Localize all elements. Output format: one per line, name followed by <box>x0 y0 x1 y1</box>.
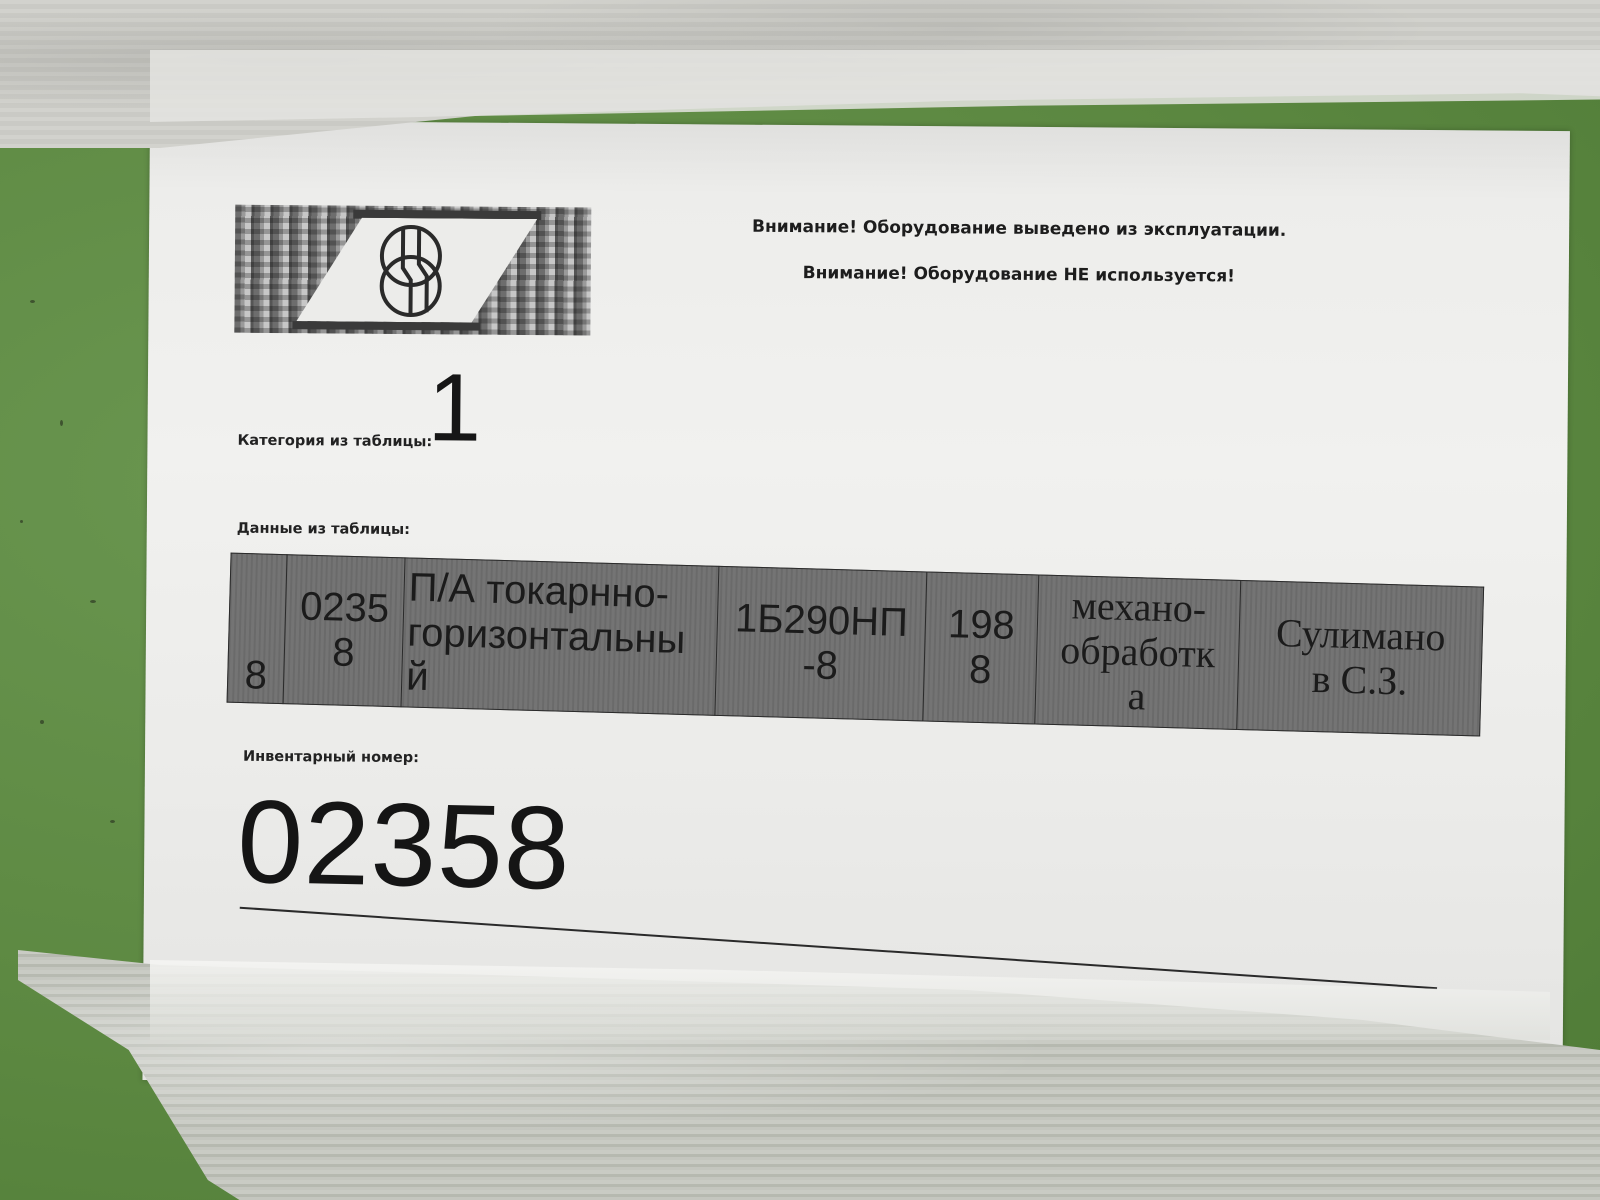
category-value: 1 <box>427 360 481 456</box>
photo-scene: Внимание! Оборудование выведено из экспл… <box>0 0 1600 1200</box>
inventory-number: 02358 <box>236 783 572 908</box>
cell-line: в С.З. <box>1311 656 1408 704</box>
cell-line: 1Б290НП <box>734 597 908 646</box>
cell-line: 8 <box>332 630 355 675</box>
equipment-tag-sheet: Внимание! Оборудование выведено из экспл… <box>142 120 1569 1091</box>
cell-line: 198 <box>947 602 1015 648</box>
paint-speck <box>20 520 23 523</box>
cell-year: 198 8 <box>923 572 1039 724</box>
company-logo-icon <box>374 224 447 319</box>
cell-line: 0235 <box>300 585 390 631</box>
paint-speck <box>40 720 44 724</box>
logo-banner <box>234 205 591 336</box>
notice-decommissioned: Внимание! Оборудование выведено из экспл… <box>709 216 1329 241</box>
cell-department: механо- обработк а <box>1035 575 1241 729</box>
equipment-data-table: 8 0235 8 П/А токарнно- горизонтальны й 1… <box>227 553 1485 737</box>
paint-speck <box>90 600 96 603</box>
inventory-label: Инвентарный номер: <box>243 749 419 766</box>
cell-line: горизонтальны <box>407 610 686 662</box>
paint-speck <box>30 300 35 303</box>
paint-speck <box>60 420 63 426</box>
sheet-fold-shadow <box>149 120 1570 201</box>
cell-line: -8 <box>802 643 839 688</box>
cell-line: а <box>1127 673 1146 718</box>
cell-line: обработк <box>1060 627 1216 676</box>
cell-line: й <box>406 655 430 700</box>
cell-responsible-person: Сулимано в С.З. <box>1237 580 1484 736</box>
table-row: 8 0235 8 П/А токарнно- горизонтальны й 1… <box>227 553 1484 736</box>
cell-row-number: 8 <box>227 553 287 703</box>
cell-line: 8 <box>968 648 991 693</box>
notice-not-in-use: Внимание! Оборудование НЕ используется! <box>709 262 1329 287</box>
category-label: Категория из таблицы: <box>237 433 432 451</box>
logo-bar <box>292 321 480 330</box>
cell-equipment-name: П/А токарнно- горизонтальны й <box>401 558 719 715</box>
cell-line: механо- <box>1071 582 1207 631</box>
cell-line: П/А токарнно- <box>408 565 669 616</box>
cell-model: 1Б290НП -8 <box>715 566 927 721</box>
cell-inventory-code: 0235 8 <box>283 555 405 707</box>
paint-speck <box>110 820 115 823</box>
cell-line: 8 <box>244 653 267 698</box>
cell-line: Сулимано <box>1275 610 1446 660</box>
table-data-label: Данные из таблицы: <box>237 521 410 538</box>
